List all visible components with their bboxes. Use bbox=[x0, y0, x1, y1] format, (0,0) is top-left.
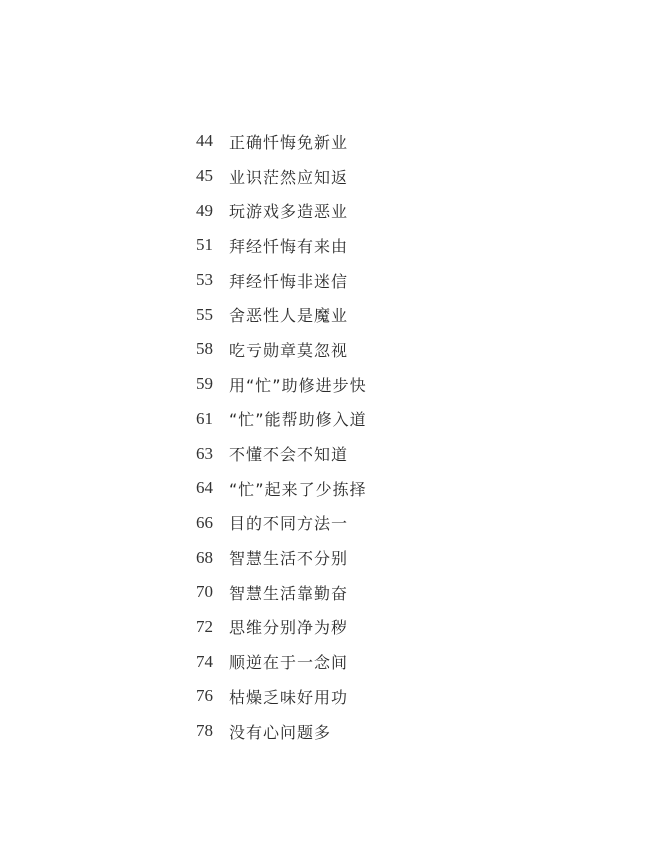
toc-entry: 49 玩游戏多造恶业 bbox=[196, 193, 456, 228]
toc-page-number: 44 bbox=[196, 131, 229, 151]
toc-title: 智慧生活不分别 bbox=[229, 546, 348, 569]
toc-entry: 64 “忙”起来了少拣择 bbox=[196, 471, 456, 506]
toc-entry: 55 舍恶性人是魔业 bbox=[196, 297, 456, 332]
toc-entry: 63 不懂不会不知道 bbox=[196, 436, 456, 471]
toc-page-number: 76 bbox=[196, 686, 229, 706]
toc-page-number: 70 bbox=[196, 582, 229, 602]
toc-entry: 51 拜经忏悔有来由 bbox=[196, 228, 456, 263]
toc-page-number: 64 bbox=[196, 478, 229, 498]
toc-page-number: 49 bbox=[196, 201, 229, 221]
toc-title: 吃亏勋章莫忽视 bbox=[229, 338, 348, 361]
toc-page-number: 72 bbox=[196, 617, 229, 637]
toc-title: 用“忙”助修进步快 bbox=[229, 373, 367, 396]
toc-title: 智慧生活靠勤奋 bbox=[229, 581, 348, 604]
toc-title: 思维分别净为秽 bbox=[229, 615, 348, 638]
toc-entry: 68 智慧生活不分别 bbox=[196, 540, 456, 575]
toc-page-number: 51 bbox=[196, 235, 229, 255]
toc-title: 业识茫然应知返 bbox=[229, 165, 348, 188]
toc-entry: 59 用“忙”助修进步快 bbox=[196, 367, 456, 402]
toc-entry: 61 “忙”能帮助修入道 bbox=[196, 402, 456, 437]
toc-entry: 44 正确忏悔免新业 bbox=[196, 124, 456, 159]
toc-entry: 70 智慧生活靠勤奋 bbox=[196, 575, 456, 610]
toc-page-number: 53 bbox=[196, 270, 229, 290]
toc-page-number: 74 bbox=[196, 652, 229, 672]
toc-title: 正确忏悔免新业 bbox=[229, 130, 348, 153]
toc-title: 顺逆在于一念间 bbox=[229, 650, 348, 673]
toc-entry: 45 业识茫然应知返 bbox=[196, 159, 456, 194]
toc-title: 舍恶性人是魔业 bbox=[229, 303, 348, 326]
toc-entry: 53 拜经忏悔非迷信 bbox=[196, 263, 456, 298]
table-of-contents: 44 正确忏悔免新业 45 业识茫然应知返 49 玩游戏多造恶业 51 拜经忏悔… bbox=[196, 124, 456, 748]
toc-entry: 58 吃亏勋章莫忽视 bbox=[196, 332, 456, 367]
toc-title: 不懂不会不知道 bbox=[229, 442, 348, 465]
toc-entry: 66 目的不同方法一 bbox=[196, 506, 456, 541]
toc-page-number: 61 bbox=[196, 409, 229, 429]
toc-title: 拜经忏悔有来由 bbox=[229, 234, 348, 257]
toc-title: 没有心问题多 bbox=[229, 720, 331, 743]
toc-entry: 74 顺逆在于一念间 bbox=[196, 644, 456, 679]
toc-title: “忙”能帮助修入道 bbox=[229, 407, 367, 430]
toc-entry: 76 枯燥乏味好用功 bbox=[196, 679, 456, 714]
toc-page-number: 68 bbox=[196, 548, 229, 568]
toc-page-number: 78 bbox=[196, 721, 229, 741]
toc-page-number: 55 bbox=[196, 305, 229, 325]
toc-title: 目的不同方法一 bbox=[229, 511, 348, 534]
toc-page-number: 63 bbox=[196, 444, 229, 464]
toc-page-number: 45 bbox=[196, 166, 229, 186]
toc-title: “忙”起来了少拣择 bbox=[229, 477, 367, 500]
toc-title: 枯燥乏味好用功 bbox=[229, 685, 348, 708]
toc-page-number: 66 bbox=[196, 513, 229, 533]
toc-page-number: 58 bbox=[196, 339, 229, 359]
toc-title: 拜经忏悔非迷信 bbox=[229, 269, 348, 292]
toc-entry: 72 思维分别净为秽 bbox=[196, 610, 456, 645]
toc-page-number: 59 bbox=[196, 374, 229, 394]
toc-title: 玩游戏多造恶业 bbox=[229, 199, 348, 222]
toc-entry: 78 没有心问题多 bbox=[196, 714, 456, 749]
